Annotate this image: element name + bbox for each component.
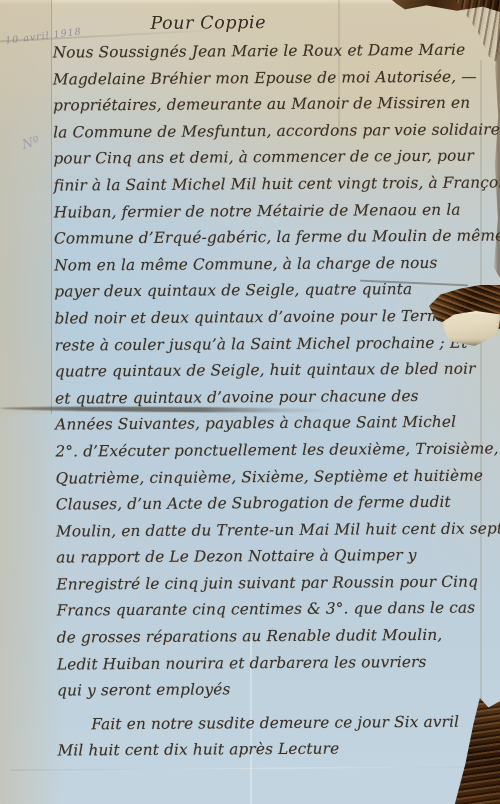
manuscript-line: Nom en la même Commune, à la charge de n… xyxy=(54,249,495,279)
paper-top-edge xyxy=(0,0,410,5)
manuscript-line: quatre quintaux de Seigle, huit quintaux… xyxy=(55,356,496,386)
manuscript-line: Clauses, d’un Acte de Subrogation de fer… xyxy=(56,489,497,519)
manuscript-line: Magdelaine Bréhier mon Epouse de moi Aut… xyxy=(53,63,494,93)
manuscript-line: Mil huit cent dix huit après Lecture xyxy=(57,735,498,765)
manuscript-line: Fait en notre susdite demeure ce jour Si… xyxy=(57,708,498,738)
manuscript-line: Enregistré le cinq juin suivant par Rous… xyxy=(56,568,497,598)
manuscript-line: au rapport de Le Dezon Nottaire à Quimpe… xyxy=(56,542,497,572)
manuscript-line: 2°. d’Exécuter ponctuellement les deuxiè… xyxy=(55,435,496,465)
document-title: Pour Coppie xyxy=(150,8,493,36)
manuscript-line: pour Cinq ans et demi, à commencer de ce… xyxy=(53,143,494,173)
manuscript-line: Commune d’Erqué-gabéric, la ferme du Mou… xyxy=(54,223,495,253)
manuscript-line: la Commune de Mesfuntun, accordons par v… xyxy=(53,116,494,146)
manuscript-line: payer deux quintaux de Seigle, quatre qu… xyxy=(54,276,495,306)
manuscript-line: Huiban, fermier de notre Métairie de Men… xyxy=(54,196,495,226)
manuscript-line: finir à la Saint Michel Mil huit cent vi… xyxy=(54,169,495,199)
manuscript-line: de grosses réparations au Renable dudit … xyxy=(57,622,498,652)
document-photo: Pour Coppie Nous Soussignés Jean Marie l… xyxy=(0,0,500,804)
manuscript-line: Quatrième, cinquième, Sixième, Septième … xyxy=(56,462,497,492)
manuscript-line: Francs quarante cinq centimes & 3°. que … xyxy=(56,595,497,625)
manuscript-line: Ledit Huiban nourira et darbarera les ou… xyxy=(57,648,498,678)
manuscript-line: reste à couler jusqu’à la Saint Michel p… xyxy=(55,329,496,359)
manuscript-line: qui y seront employés xyxy=(57,675,498,705)
manuscript-line: propriétaires, demeurante au Manoir de M… xyxy=(53,90,494,120)
manuscript-line: et quatre quintaux d’avoine pour chacune… xyxy=(55,382,496,412)
underlying-page-edge xyxy=(0,0,52,414)
manuscript-line: Moulin, en datte du Trente-un Mai Mil hu… xyxy=(56,515,497,545)
manuscript-text: Pour Coppie Nous Soussignés Jean Marie l… xyxy=(52,5,498,764)
manuscript-line: Nous Soussignés Jean Marie le Roux et Da… xyxy=(53,36,494,66)
manuscript-line: Années Suivantes, payables à chaque Sain… xyxy=(55,409,496,439)
